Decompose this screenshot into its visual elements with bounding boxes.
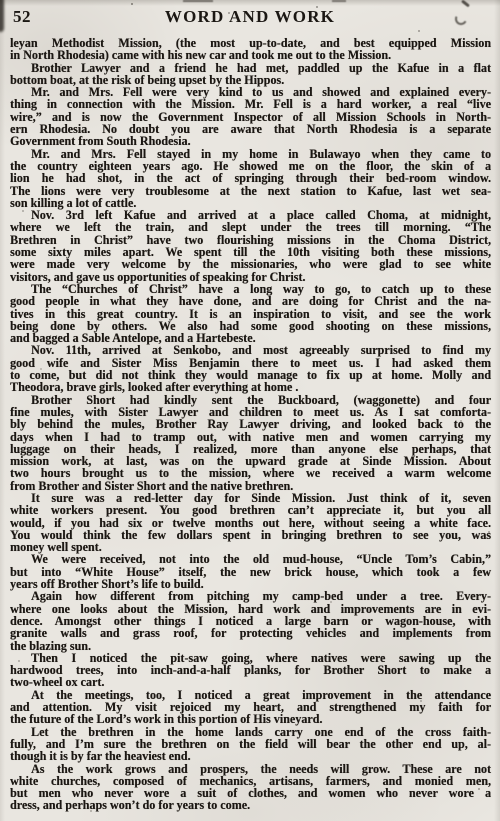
text-line: granite walls and grass roof, for protec…: [10, 627, 491, 639]
text-line: were made very welcome by the missionari…: [10, 258, 491, 270]
text-line: As the work grows and prospers, the need…: [10, 763, 491, 775]
scan-dash-top-edge: [332, 0, 346, 2]
text-line: though it is by far the heaviest end.: [10, 750, 491, 762]
scan-specks: [0, 0, 2, 2]
page-header: 52 WORD AND WORK: [0, 7, 500, 29]
article-body: leyan Methodist Mission, (the most up-to…: [10, 37, 491, 812]
scan-smudge-top-left: [0, 0, 4, 32]
text-line: the blazing sun.: [10, 640, 491, 652]
text-line: where we left the train, and slept under…: [10, 221, 491, 233]
text-line: Government from South Rhodesia.: [10, 135, 491, 147]
journal-title: WORD AND WORK: [0, 7, 500, 27]
text-line: tives in this great country. It is an in…: [10, 308, 491, 320]
text-line: We were received, not into the old mud-h…: [10, 553, 491, 565]
text-line: days when I had to tramp out, with nativ…: [10, 431, 491, 443]
text-line: bly behind the mules, Brother Ray Lawyer…: [10, 418, 491, 430]
text-line: lion he had shot, in the act of springin…: [10, 172, 491, 184]
text-line: good people in what they have done, and …: [10, 295, 491, 307]
scan-dash-top-edge: [183, 0, 213, 2]
text-line: dress, and perhaps won’t do for years to…: [10, 799, 491, 811]
page-number: 52: [13, 7, 31, 27]
scanned-page: 52 WORD AND WORK leyan Methodist Mission…: [0, 0, 500, 821]
text-line: two-wheel ox cart.: [10, 676, 491, 688]
text-line: thing in connection with the Mission. Mr…: [10, 98, 491, 110]
text-line: Again how different from pitching my cam…: [10, 590, 491, 602]
text-line: two hours brought us to the mission, whe…: [10, 467, 491, 479]
text-line: Nov. 11th, arrived at Senkobo, and most …: [10, 344, 491, 356]
text-line: white workers present. You good brethren…: [10, 504, 491, 516]
text-line: in North Rhodesia) came with his new car…: [10, 49, 491, 61]
text-line: Theodora, brave girls, looked after ever…: [10, 381, 491, 393]
text-line: The lions were very troublesome at the n…: [10, 185, 491, 197]
text-line: the future of the Lord’s work in this po…: [10, 713, 491, 725]
